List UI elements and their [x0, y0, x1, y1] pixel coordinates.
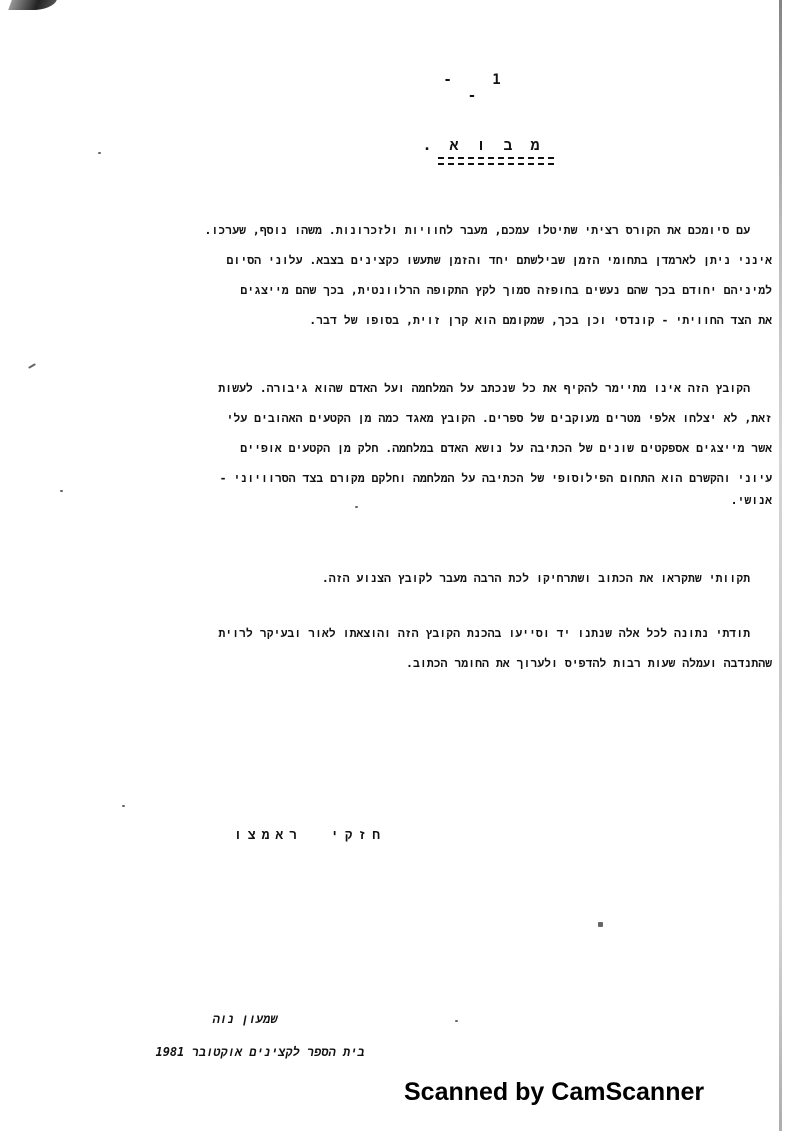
paragraph-line: שהתנדבה ועמלה שעות רבות להדפיס ולערוך את… [82, 648, 772, 678]
paragraph-line: תודתי נתונה לכל אלה שנתנו יד וסייעו בהכנ… [82, 618, 772, 648]
page-edge-shadow [779, 0, 782, 1131]
paragraph-line: אנושי. [82, 493, 772, 507]
paragraph-line: למיניהם יחודם בכך שהם נעשים בחופזה סמוך … [82, 275, 772, 305]
signature-name: שמעון נוה [170, 1012, 320, 1027]
scan-speck [98, 152, 101, 154]
paragraph-line: הקובץ הזה אינו מתיימר להקיף את כל שנכתב … [82, 373, 772, 403]
title-underline [438, 157, 554, 165]
page-number: - 1 - [430, 72, 530, 104]
scan-speck [122, 805, 125, 807]
paragraph-line: תקוותי שתקראו את הכתוב ושתרחיקו לכת הרבה… [82, 563, 772, 593]
paragraph-intro: עם סיומכם את הקורס רציתי שתיטלו עמכם, מע… [82, 215, 772, 335]
scan-speck [28, 363, 36, 369]
author-name: חזקי ראמצו [230, 828, 390, 843]
school-and-date: בית הספר לקצינים אוקטובר 1981 [120, 1045, 400, 1060]
paragraph-line: עם סיומכם את הקורס רציתי שתיטלו עמכם, מע… [82, 215, 772, 245]
camscanner-watermark: Scanned by CamScanner [404, 1078, 704, 1107]
paragraph-hope: תקוותי שתקראו את הכתוב ושתרחיקו לכת הרבה… [82, 563, 772, 593]
scan-speck [60, 490, 63, 492]
scan-corner-shadow [8, 0, 57, 10]
paragraph-collection: הקובץ הזה אינו מתיימר להקיף את כל שנכתב … [82, 373, 772, 507]
paragraph-line: אינני ניתן לארמדן בתחומי הזמן שבילשתם יח… [82, 245, 772, 275]
paragraph-line: זאת, לא יצלחו אלפי מטרים מעוקבים של ספרי… [82, 403, 772, 433]
page-title: מבוא. [420, 136, 560, 155]
paragraph-thanks: תודתי נתונה לכל אלה שנתנו יד וסייעו בהכנ… [82, 618, 772, 678]
paragraph-line: אשר מייצגים אספקטים שונים של הכתיבה על נ… [82, 433, 772, 463]
scan-speck [355, 506, 358, 508]
scan-speck [598, 922, 603, 927]
paragraph-line: עיוני והקשרם הוא התחום הפילוסופי של הכתי… [82, 463, 772, 493]
scan-speck [455, 1020, 458, 1022]
paragraph-line: את הצד החוויתי - קונדסי וכן בכך, שמקומם … [82, 305, 772, 335]
